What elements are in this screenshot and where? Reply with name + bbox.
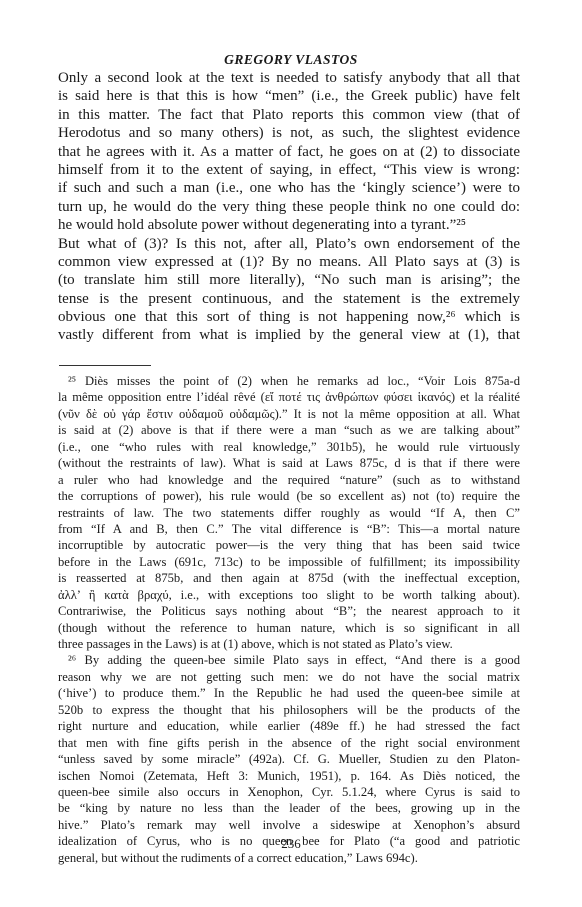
footnote-line: ischen Nomoi (Zetemata, Heft 3: Munich, … (58, 768, 520, 784)
footnote-line: incorruptible by autocratic power—is the… (58, 537, 520, 553)
text-line: Herodotus and so many others) is not, as… (58, 124, 520, 142)
text-line: in this matter. The fact that Plato repo… (58, 106, 520, 124)
footnote-line: hive.” Plato’s remark may well involve a… (58, 817, 520, 833)
page-number: 236 (0, 836, 582, 852)
footnote-line: (i.e., one “who rules with real knowledg… (58, 439, 520, 455)
footnote-line: ²⁵ Diès misses the point of (2) when he … (58, 373, 520, 389)
text-line: vastly different from what is implied by… (58, 326, 520, 344)
footnote-rule (59, 365, 151, 366)
footnote-line: be “king by nature no less than the lead… (58, 800, 520, 816)
text-line: that he agrees with it. As a matter of f… (58, 143, 520, 161)
text-line: is said here is that this is how “men” (… (58, 87, 520, 105)
footnote-line: (νῦν δὲ οὐ γάρ ἔστιν οὐδαμοῦ οὐδαμῶς).” … (58, 406, 520, 422)
footnote-line: is said at (2) above is that if there we… (58, 422, 520, 438)
text-line: he would hold absolute power without deg… (58, 216, 520, 234)
text-line: common view expressed at (1)? By no mean… (58, 253, 520, 271)
footnote-line: before in the Laws (691c, 713c) to be im… (58, 554, 520, 570)
running-head: GREGORY VLASTOS (0, 52, 582, 68)
text-line: turn up, he would do the very thing thes… (58, 198, 520, 216)
footnote-line: that men with fine gifts perish in the a… (58, 735, 520, 751)
footnote-line: ²⁶ By adding the queen-bee simile Plato … (58, 652, 520, 668)
text-line: obvious one that this sort of thing is n… (58, 308, 520, 326)
text-line: himself from it to the extent of saying,… (58, 161, 520, 179)
footnote-line: (‘hive’) to produce them.” In the Republ… (58, 685, 520, 701)
text-line: tense is the present continuous, and the… (58, 290, 520, 308)
text-line: (to translate him still more literally),… (58, 271, 520, 289)
footnote-line: 520b to express the thought that his phi… (58, 702, 520, 718)
footnote-line: (without the restraints of law). What is… (58, 455, 520, 471)
footnote-line: restraints of law. The two statements di… (58, 505, 520, 521)
footnotes: ²⁵ Diès misses the point of (2) when he … (58, 373, 520, 866)
main-text: Only a second look at the text is needed… (58, 69, 520, 345)
footnote-line: the corruptions of power), his rule woul… (58, 488, 520, 504)
footnote-line: three passages in the Laws) is at (1) ab… (58, 636, 520, 652)
footnote-line: general, but without the rudiments of a … (58, 850, 520, 866)
footnote-line: is reasserted at 875b, and then again at… (58, 570, 520, 586)
footnote-line: right nurture and education, while earli… (58, 718, 520, 734)
footnote-line: from “If A and B, then C.” The vital dif… (58, 521, 520, 537)
text-line: if such and such a man (i.e., one who ha… (58, 179, 520, 197)
text-line: But what of (3)? Is this not, after all,… (58, 235, 520, 253)
footnote-line: (though without the reference to human n… (58, 620, 520, 636)
footnote-line: reason why we are not getting such men: … (58, 669, 520, 685)
footnote-line: “unless saved by some miracle” (492a). C… (58, 751, 520, 767)
footnote-line: la même opposition entre l’idéal rêvé (ε… (58, 389, 520, 405)
footnote-line: ἀλλ’ ἢ κατὰ βραχύ, i.e., with exceptions… (58, 587, 520, 603)
footnote-line: a ruler who had knowledge and the requir… (58, 472, 520, 488)
footnote-line: Contrariwise, the Politicus says nothing… (58, 603, 520, 619)
text-line: Only a second look at the text is needed… (58, 69, 520, 87)
footnote-line: queen-bee simile also occurs in Xenophon… (58, 784, 520, 800)
